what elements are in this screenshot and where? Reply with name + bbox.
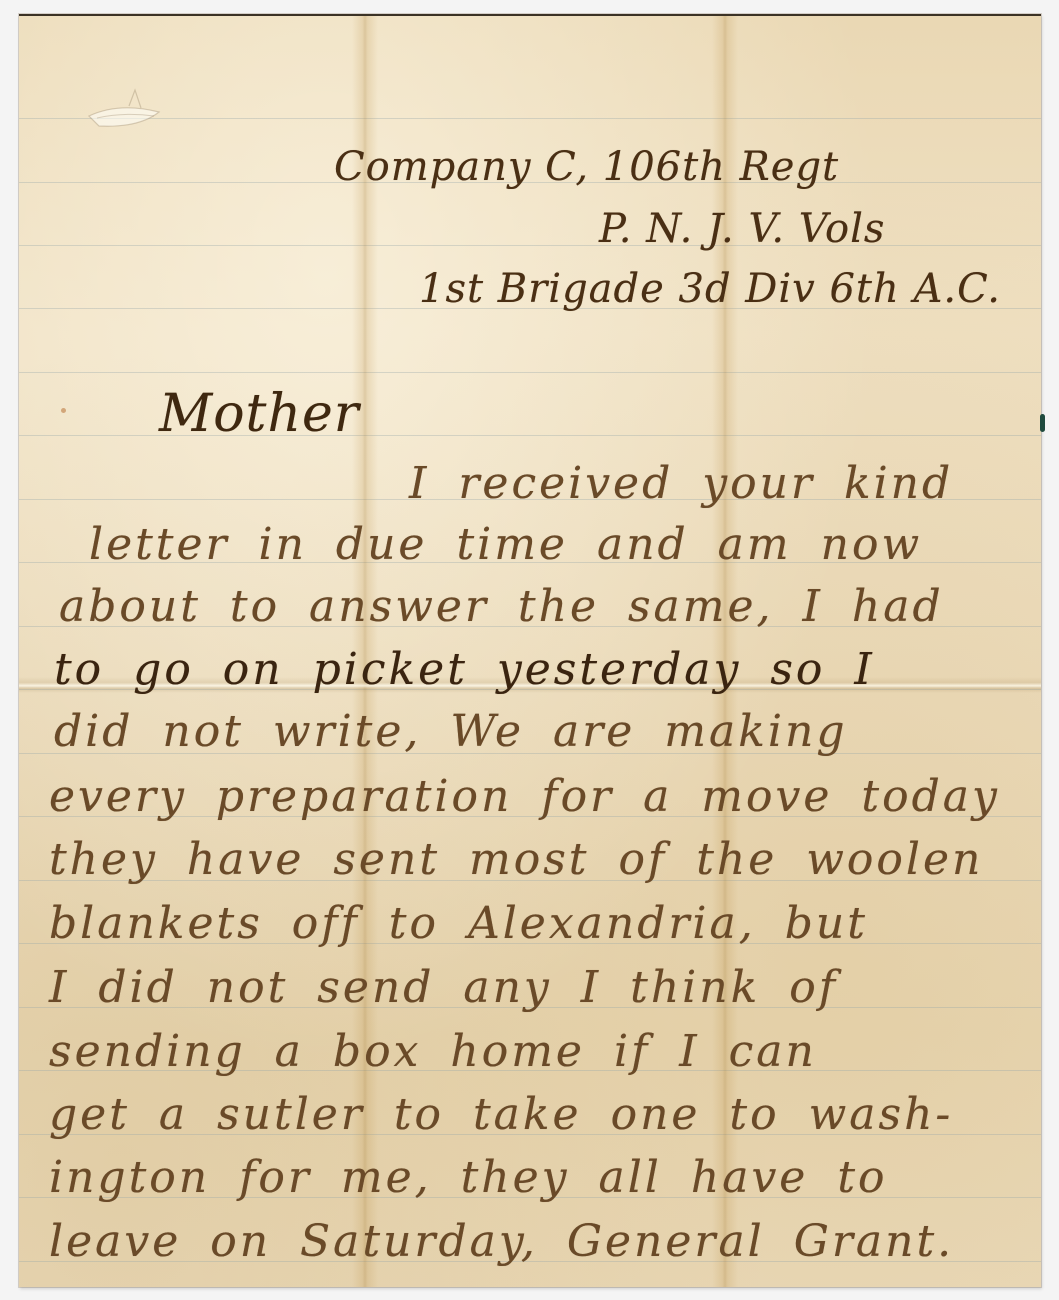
heading-line-regiment: P. N. J. V. Vols bbox=[599, 206, 885, 252]
embossed-stamp-icon bbox=[59, 76, 179, 136]
body-line: I did not send any I think of bbox=[49, 962, 838, 1013]
body-line: letter in due time and am now bbox=[89, 519, 922, 570]
body-line: blankets off to Alexandria, but bbox=[49, 898, 868, 949]
body-line: I received your kind bbox=[409, 458, 953, 509]
body-line: sending a box home if I can bbox=[49, 1026, 817, 1077]
ruled-line bbox=[19, 245, 1041, 246]
body-line: they have sent most of the woolen bbox=[49, 834, 983, 885]
ink-spot bbox=[1040, 414, 1045, 432]
heading-line-company: Company C, 106th Regt bbox=[334, 144, 839, 190]
heading-line-brigade: 1st Brigade 3d Div 6th A.C. bbox=[419, 266, 1001, 312]
salutation: Mother bbox=[159, 384, 360, 444]
letter-page: Company C, 106th Regt P. N. J. V. Vols 1… bbox=[19, 14, 1041, 1287]
body-line: get a sutler to take one to wash- bbox=[49, 1089, 953, 1140]
ruled-line bbox=[19, 372, 1041, 373]
body-line: to go on picket yesterday so I bbox=[54, 644, 875, 695]
body-line: leave on Saturday, General Grant. bbox=[49, 1216, 954, 1267]
body-line: did not write, We are making bbox=[54, 706, 848, 757]
body-line: ington for me, they all have to bbox=[49, 1152, 888, 1203]
body-line: every preparation for a move today bbox=[49, 771, 1000, 822]
body-line: about to answer the same, I had bbox=[59, 581, 944, 632]
paper-stain bbox=[61, 408, 66, 413]
